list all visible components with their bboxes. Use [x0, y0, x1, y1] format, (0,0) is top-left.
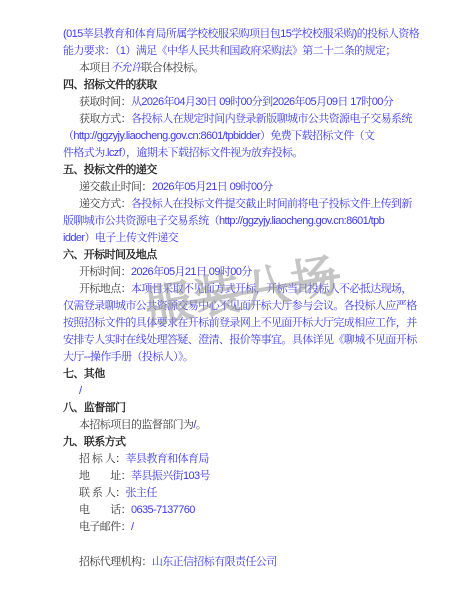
- doc-line: 仅需登录聊城市公共资源交易中心不见面开标大厅参与会议。各投标人应严格: [63, 298, 399, 315]
- doc-line: 能力要求：（1）满足《中华人民共和国政府采购法》第二十二条的规定；: [63, 43, 399, 60]
- doc-line: 件格式为.lczf），逾期未下载招标文件视为放弃投标。: [63, 145, 399, 162]
- text-span: idder）电子上传文件递交: [63, 232, 178, 244]
- text-span: 电子邮件：: [79, 521, 131, 533]
- text-span: 递交方式：: [79, 198, 131, 210]
- doc-line: 版聊城市公共资源电子交易系统（http://ggzyjy.liaocheng.g…: [63, 213, 399, 230]
- text-span: 联合体投标。: [141, 62, 203, 74]
- text-span: /: [79, 385, 81, 397]
- document-page: 服装八场 (015莘县教育和体育局所属学校校服采购项目包15学校校服采购)的投标…: [0, 0, 450, 600]
- section-heading: 九、联系方式: [63, 434, 399, 451]
- text-span: 四、招标文件的获取: [63, 79, 157, 91]
- section-heading: 八、监督部门: [63, 400, 399, 417]
- text-span: 五、投标文件的递交: [63, 164, 157, 176]
- doc-line: 本项目不允许联合体投标。: [63, 60, 399, 77]
- doc-line: 获取方式：各投标人在规定时间内登录新版聊城市公共资源电子交易系统: [63, 111, 399, 128]
- doc-line: 安排专人实时在线处理答疑、澄清、报价等事宜。具体详见《聊城不见面开标: [63, 332, 399, 349]
- text-span: 仅需登录聊城市公共资源交易中心不见面开标大厅参与会议。各投标人应严格: [63, 300, 417, 312]
- doc-line: 地 址：莘县振兴街103号: [63, 468, 399, 485]
- doc-line: 招标代理机构：山东正信招标有限责任公司: [63, 554, 399, 571]
- text-span: 本招标项目的监督部门为: [79, 419, 193, 431]
- doc-line: (015莘县教育和体育局所属学校校服采购项目包15学校校服采购)的投标人资格: [63, 26, 399, 43]
- section-heading: 六、开标时间及地点: [63, 247, 399, 264]
- text-span: （http://ggzyjy.liaocheng.gov.cn:8601/tpb…: [63, 130, 374, 142]
- text-span: 莘县振兴街103号: [131, 470, 210, 482]
- text-span: 0635-7137760: [131, 504, 195, 516]
- text-span: 莘县教育和体育局: [126, 453, 209, 465]
- text-span: 递交截止时间：: [79, 181, 152, 193]
- text-span: 能力要求：（1）满足《中华人民共和国政府采购法》第二十二条的规定；: [63, 45, 396, 57]
- text-span: 联 系 人：: [79, 487, 126, 499]
- section-heading: 七、其他: [63, 366, 399, 383]
- text-span: 招 标 人：: [79, 453, 126, 465]
- doc-line: 电子邮件：/: [63, 519, 399, 536]
- text-span: (015莘县教育和体育局所属学校校服采购项目包15学校校服采购)的投标人资格: [63, 28, 419, 40]
- text-span: 各投标人在投标文件提交截止时间前将电子投标文件上传到新: [131, 198, 412, 210]
- text-span: 2026年05月21日 09时00分: [131, 266, 252, 278]
- text-span: 获取时间：: [79, 96, 131, 108]
- text-span: 获取方式：: [79, 113, 131, 125]
- text-span: 按照招标文件的具体要求在开标前登录网上不见面开标大厅完成相应工作，并: [63, 317, 417, 329]
- doc-line: 大厅--操作手册（投标人）》。: [63, 349, 399, 366]
- doc-line: 开标地点：本项目采取不见面方式开标，开标当日投标人不必抵达现场，: [63, 281, 399, 298]
- text-span: 安排专人实时在线处理答疑、澄清、报价等事宜。具体详见《聊城不见面开标: [63, 334, 417, 346]
- doc-line: 按照招标文件的具体要求在开标前登录网上不见面开标大厅完成相应工作，并: [63, 315, 399, 332]
- text-span: 地 址：: [79, 470, 131, 482]
- section-heading: 五、投标文件的递交: [63, 162, 399, 179]
- text-span: 本项目: [79, 62, 110, 74]
- text-span: 六、开标时间及地点: [63, 249, 157, 261]
- text-span: /: [131, 521, 133, 533]
- text-span: 。: [196, 419, 206, 431]
- doc-line: idder）电子上传文件递交: [63, 230, 399, 247]
- text-span: 开标时间：: [79, 266, 131, 278]
- text-span: 开标地点：: [79, 283, 131, 295]
- doc-line: 递交截止时间：2026年05月21日 09时00分: [63, 179, 399, 196]
- doc-line: 联 系 人：张主任: [63, 485, 399, 502]
- text-span: 山东正信招标有限责任公司: [152, 556, 277, 568]
- text-span: 七、其他: [63, 368, 105, 380]
- text-span: 版聊城市公共资源电子交易系统（http://ggzyjy.liaocheng.g…: [63, 215, 384, 227]
- text-span: 八、监督部门: [63, 402, 125, 414]
- document-body: (015莘县教育和体育局所属学校校服采购项目包15学校校服采购)的投标人资格能力…: [63, 26, 399, 571]
- text-span: 张主任: [126, 487, 157, 499]
- doc-line: 递交方式：各投标人在投标文件提交截止时间前将电子投标文件上传到新: [63, 196, 399, 213]
- doc-line: /: [63, 383, 399, 400]
- text-span: 不允许: [110, 62, 141, 74]
- doc-line: 开标时间：2026年05月21日 09时00分: [63, 264, 399, 281]
- text-span: 各投标人在规定时间内登录新版聊城市公共资源电子交易系统: [131, 113, 412, 125]
- doc-line: （http://ggzyjy.liaocheng.gov.cn:8601/tpb…: [63, 128, 399, 145]
- text-span: 从2026年04月30日 09时00分到2026年05月09日 17时00分: [131, 96, 393, 108]
- doc-line: 电 话：0635-7137760: [63, 502, 399, 519]
- doc-line: 本招标项目的监督部门为/。: [63, 417, 399, 434]
- text-span: 九、联系方式: [63, 436, 125, 448]
- section-heading: 四、招标文件的获取: [63, 77, 399, 94]
- text-span: 2026年05月21日 09时00分: [152, 181, 273, 193]
- text-span: 大厅--操作手册（投标人）》。: [63, 351, 193, 363]
- text-span: 本项目采取不见面方式开标，开标当日投标人不必抵达现场，: [131, 283, 412, 295]
- text-span: 招标代理机构：: [79, 556, 152, 568]
- text-span: 件格式为.lczf），逾期未下载招标文件视为放弃投标。: [63, 147, 303, 159]
- doc-line: 获取时间：从2026年04月30日 09时00分到2026年05月09日 17时…: [63, 94, 399, 111]
- text-span: 电 话：: [79, 504, 131, 516]
- doc-line: 招 标 人：莘县教育和体育局: [63, 451, 399, 468]
